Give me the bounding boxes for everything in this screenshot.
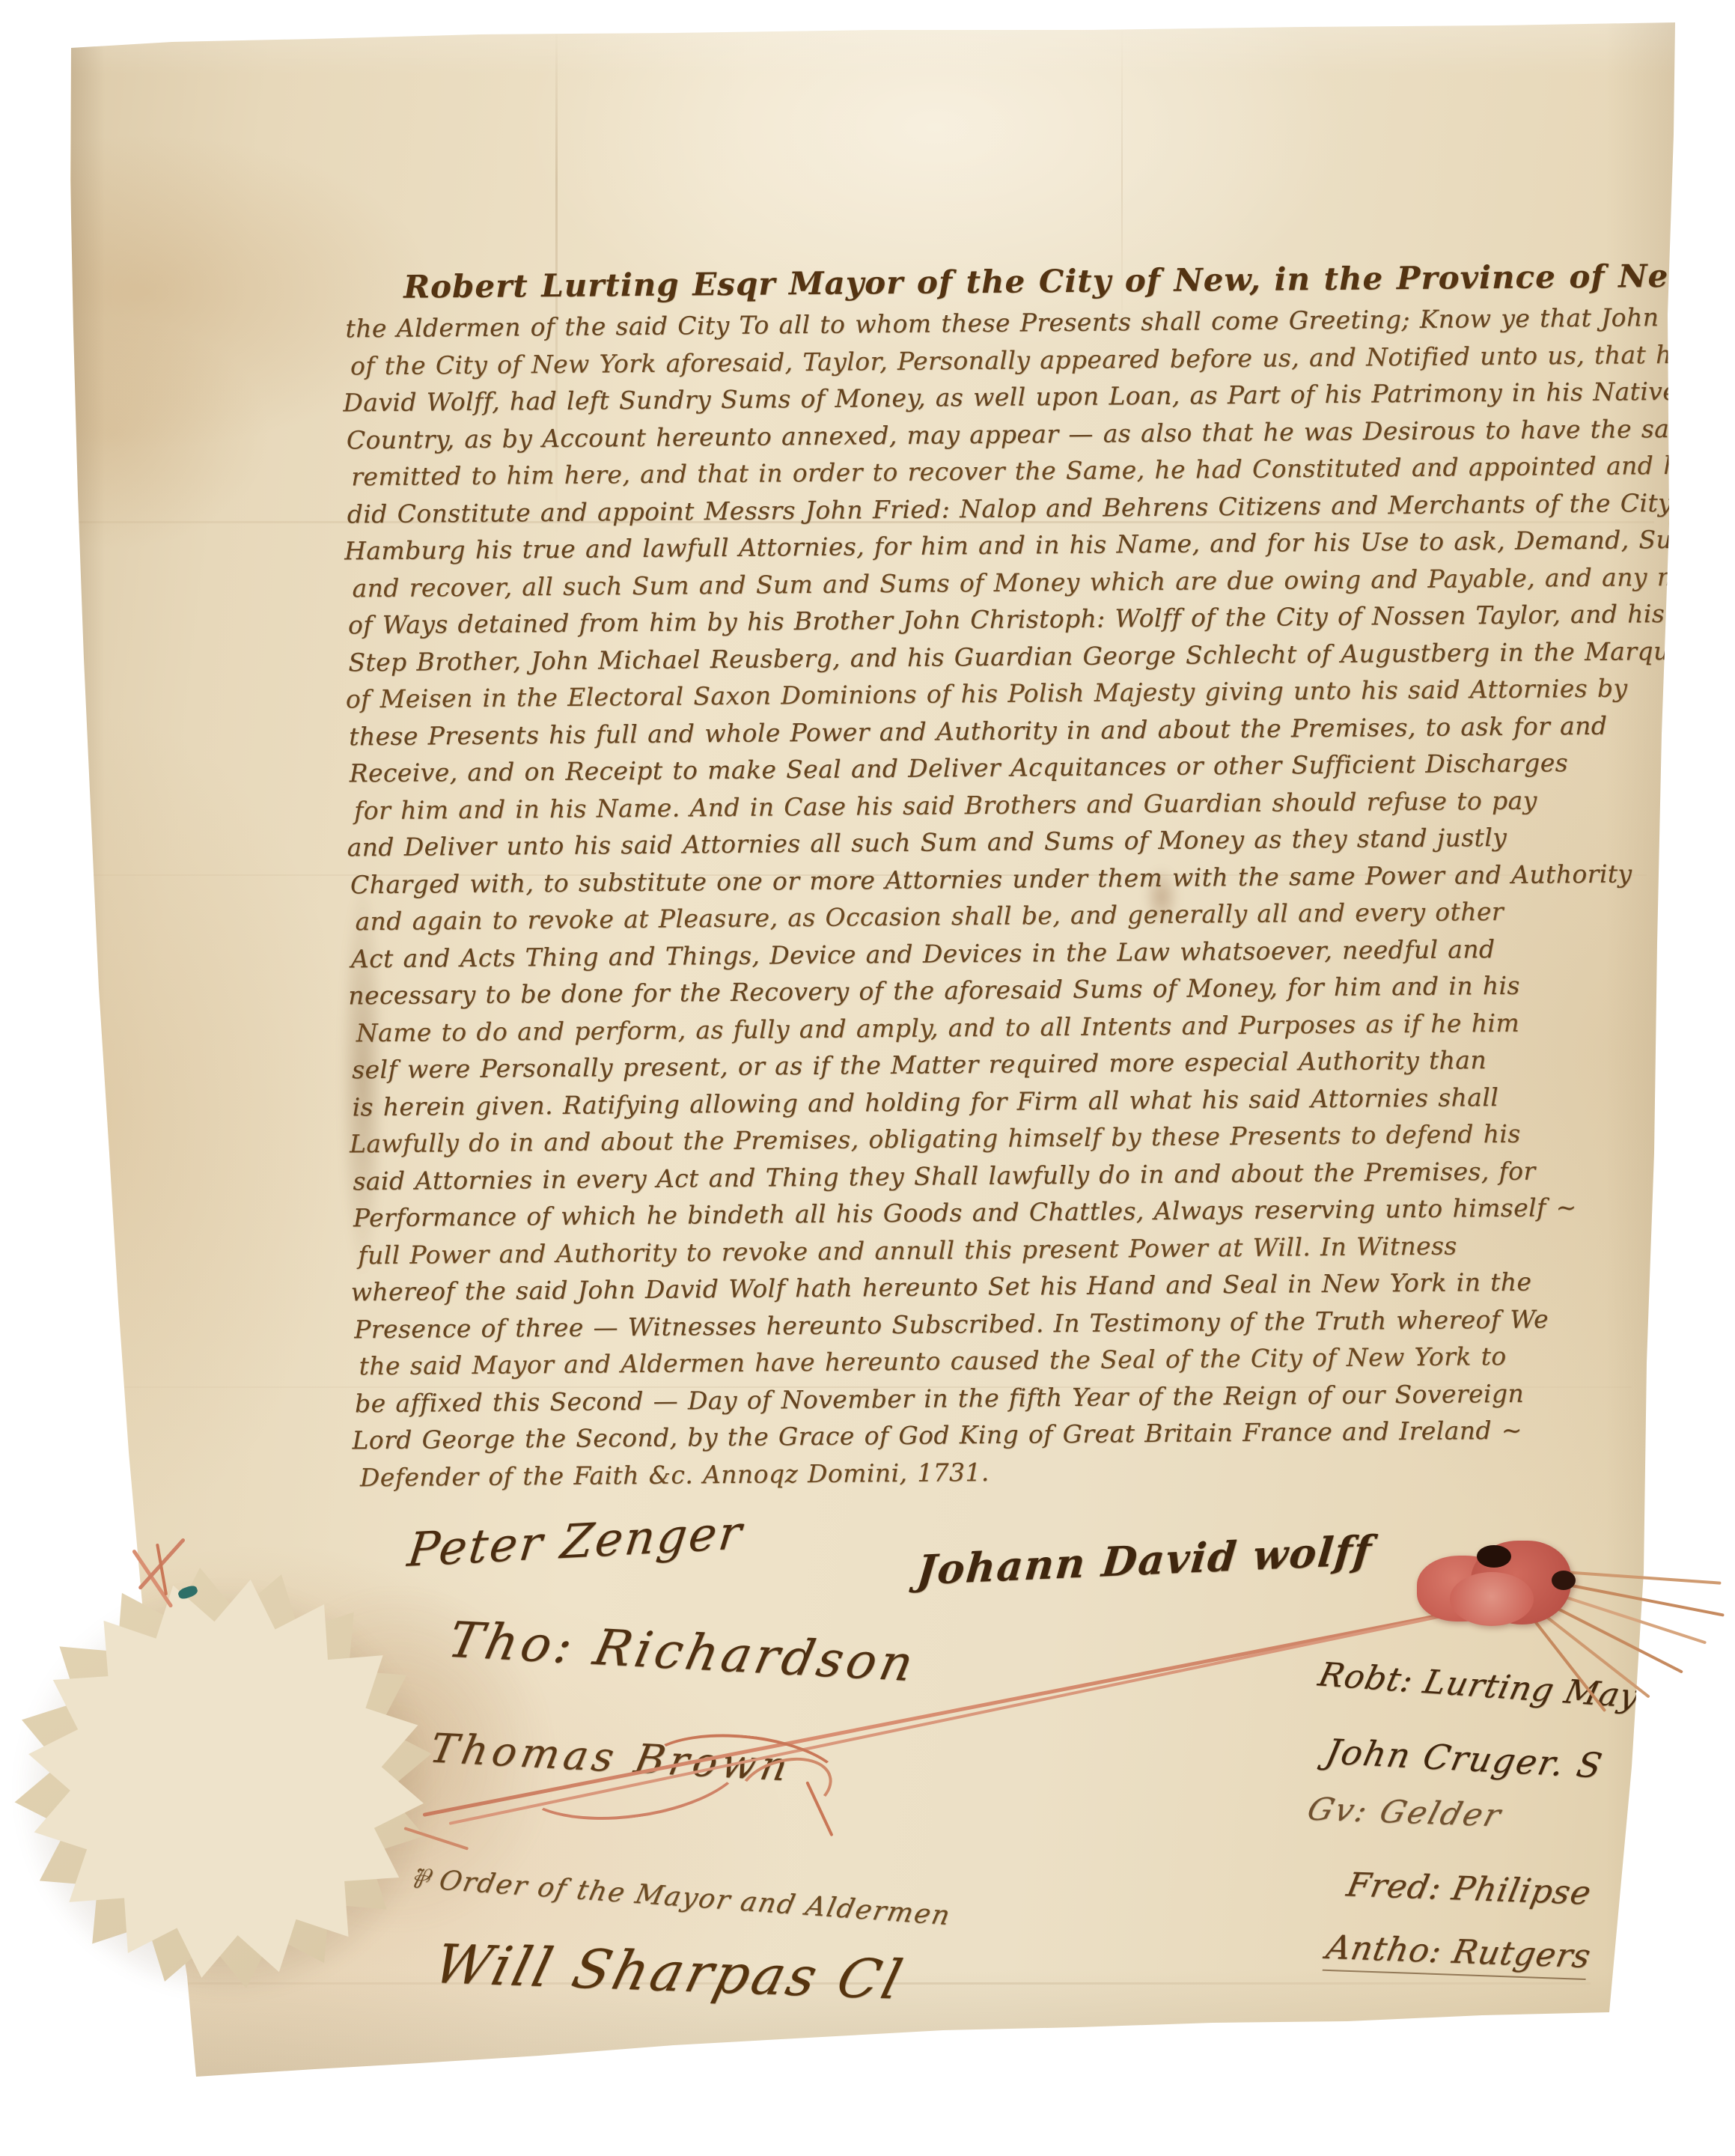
- signature-robert-lurting-mayor: Robt: Lurting Mayor: [1315, 1656, 1680, 1719]
- signature-john-cruger: John Cruger. S: [1323, 1732, 1607, 1786]
- signature-tho-richardson: Tho: Richardson: [443, 1611, 921, 1693]
- signature-will-sharpas: Will Sharpas Cl: [428, 1932, 911, 2011]
- manuscript-photo: Robert Lurting Esqr Mayor of the City of…: [0, 0, 1735, 2156]
- signature-fred-philipse: Fred: Philipse: [1344, 1866, 1594, 1912]
- signature-gelder: Gv: Gelder: [1303, 1791, 1507, 1834]
- signature-antho-rutgers: Antho: Rutgers: [1323, 1928, 1594, 1980]
- signature-peter-zenger: Peter Zenger: [405, 1505, 747, 1577]
- manuscript-text: Robert Lurting Esqr Mayor of the City of…: [345, 258, 1620, 1500]
- signature-johann-david-wolff: Johann David wolff: [915, 1526, 1375, 1595]
- order-of-mayor-line: ⅌ Order of the Mayor and Aldermen: [407, 1859, 955, 1933]
- wax-seal-icon: [1417, 1541, 1591, 1635]
